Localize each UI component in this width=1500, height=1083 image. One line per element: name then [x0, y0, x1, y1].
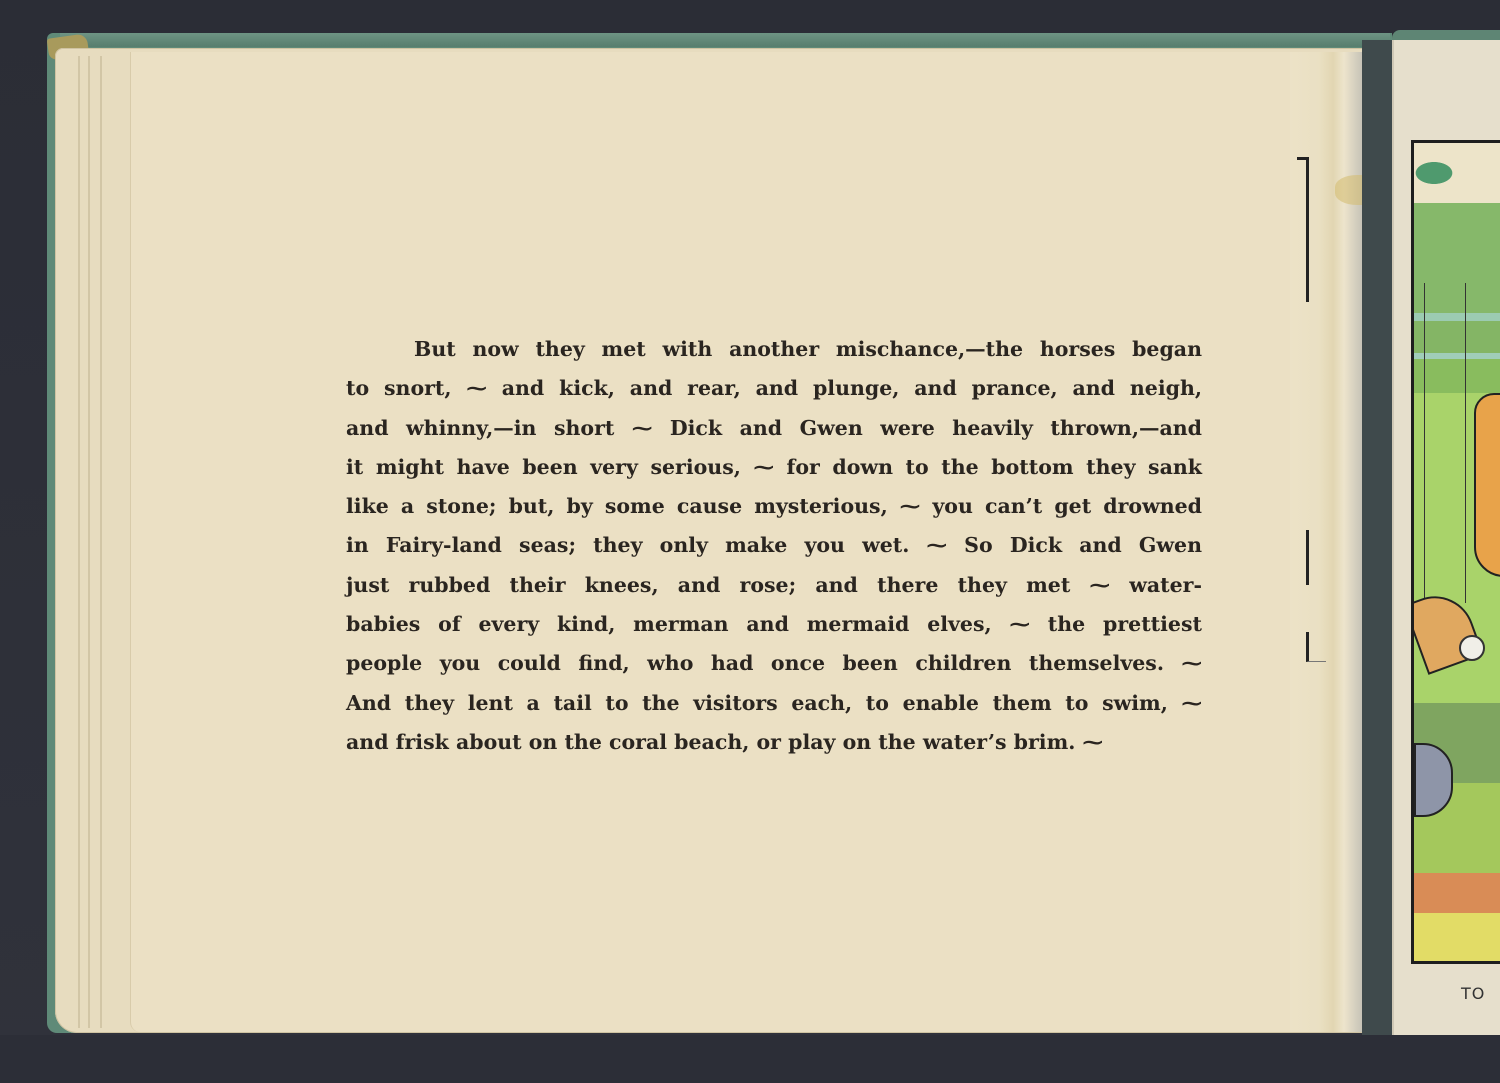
illustration-wheel-icon — [1459, 635, 1485, 661]
text-line: babies of every kind, merman and mermaid… — [346, 605, 1202, 644]
text-line: just rubbed their knees, and rose; and t… — [346, 566, 1202, 605]
bottom-backdrop — [0, 1035, 1500, 1083]
margin-mark-middle — [1306, 530, 1309, 585]
book-spine — [1362, 40, 1392, 1040]
color-illustration — [1411, 140, 1500, 964]
text-line: people you could find, who had once been… — [346, 644, 1202, 683]
text-line: And they lent a tail to the visitors eac… — [346, 684, 1202, 723]
page-edge-line — [100, 56, 102, 1028]
page-text: But now they met with another mischance,… — [346, 330, 1202, 762]
page-edge-line — [88, 56, 90, 1028]
text-line: in Fairy-land seas; they only make you w… — [346, 526, 1202, 565]
illustration-fin — [1411, 585, 1484, 675]
text-line: and frisk about on the coral beach, or p… — [346, 723, 1202, 762]
text-line: But now they met with another mischance,… — [346, 330, 1202, 369]
illustration-stems — [1424, 283, 1466, 603]
margin-mark-top — [1297, 157, 1309, 302]
text-line: it might have been very serious, ⁓ for d… — [346, 448, 1202, 487]
illustration-rock — [1414, 743, 1453, 817]
page-edge-line — [78, 56, 80, 1028]
text-line: and whinny,—in short ⁓ Dick and Gwen wer… — [346, 409, 1202, 448]
text-line: to snort, ⁓ and kick, and rear, and plun… — [346, 369, 1202, 408]
illustration-caption: TO — [1461, 984, 1485, 1003]
illustration-figure — [1474, 393, 1500, 577]
text-line: like a stone; but, by some cause mysteri… — [346, 487, 1202, 526]
cover-top-edge — [60, 33, 1390, 47]
margin-mark-bottom — [1306, 632, 1326, 662]
